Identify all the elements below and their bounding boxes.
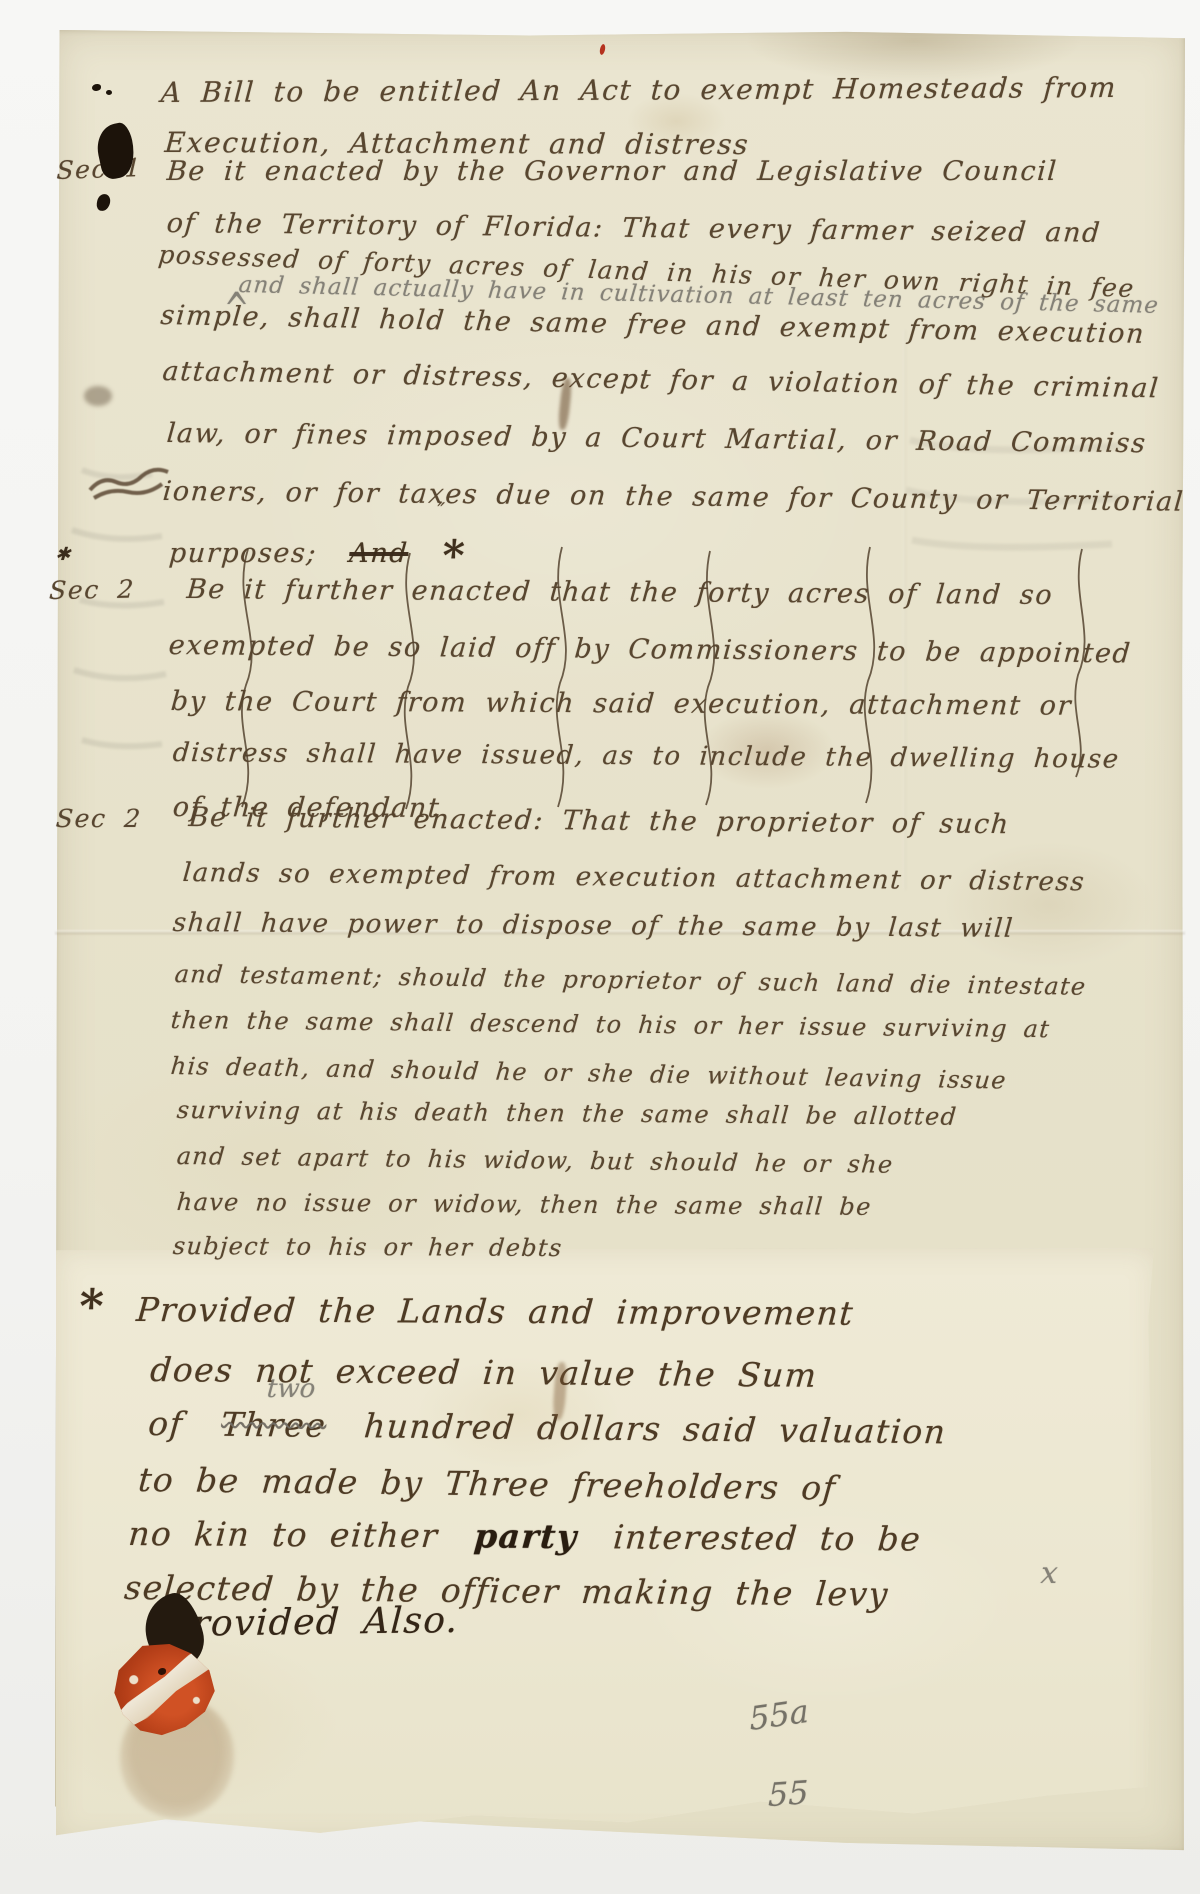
wax-seal-dark-speck — [158, 1668, 166, 1675]
title-line-1: A Bill to be entitled An Act to exempt H… — [160, 71, 1118, 109]
note-line-3-prefix: of — [147, 1404, 185, 1443]
page-number-lower: 55 — [768, 1773, 809, 1814]
note-line-5: no kin to either party interested to be — [127, 1514, 923, 1559]
note-line-7: Provided Also. — [166, 1600, 460, 1645]
ink-asterisk-mark: * — [441, 531, 468, 580]
note-line-5-suffix: interested to be — [612, 1517, 923, 1558]
section-2-line-3: by the Court from which said execution, … — [170, 686, 1074, 722]
margin-label-sec-2: Sec 2 — [48, 575, 135, 606]
section-1-line-8: purposes; And * — [168, 538, 467, 569]
note-line-1: Provided the Lands and improvement — [135, 1290, 855, 1333]
section-1-line-1: Be it enacted by the Governor and Legisl… — [166, 156, 1059, 187]
photograph-background: A Bill to be entitled An Act to exempt H… — [0, 0, 1200, 1894]
margin-label-sec-3: Sec 2 — [55, 804, 143, 833]
insertion-tick-marks: ″ — [436, 498, 447, 522]
note-line-3: of Three hundred dollars said valuation — [147, 1404, 948, 1451]
section-3-line-9: have no issue or widow, then the same sh… — [176, 1188, 873, 1221]
overwritten-word-party: party — [473, 1516, 579, 1556]
note-line-2: does not exceed in value the Sum — [149, 1350, 819, 1395]
ink-dot-b — [106, 90, 112, 95]
struck-word-three: Three — [220, 1405, 328, 1445]
pencil-correction-two: two — [266, 1374, 316, 1404]
margin-asterisk-scribble: ✱ — [55, 544, 73, 565]
struck-out-word: And — [348, 538, 409, 569]
section-2-line-1: Be it further enacted that the forty acr… — [186, 574, 1055, 611]
section-3-line-3: shall have power to dispose of the same … — [172, 908, 1015, 944]
section-3-line-10: subject to his or her debts — [172, 1232, 564, 1262]
note-line-3-suffix: hundred dollars said valuation — [363, 1406, 948, 1451]
note-asterisk-marker: * — [79, 1296, 106, 1316]
note-line-5-prefix: no kin to either — [127, 1514, 440, 1555]
section-1-line-8-text: purposes; — [168, 538, 318, 569]
pencil-x-mark: x — [1040, 1556, 1059, 1591]
